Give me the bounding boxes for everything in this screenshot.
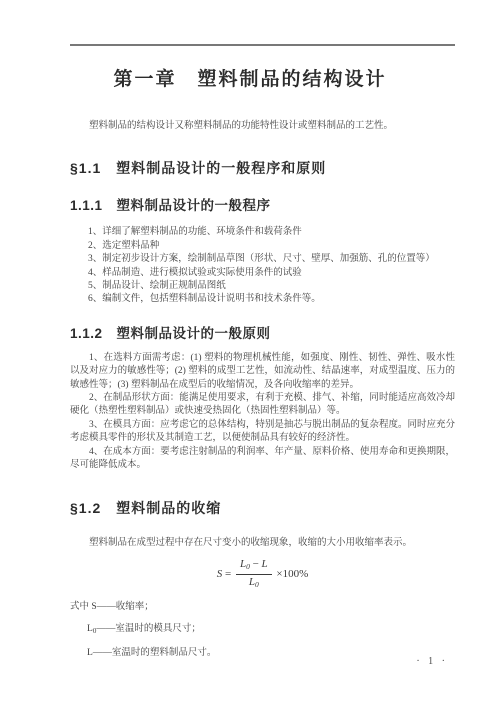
header-rule	[70, 44, 455, 46]
numerator-L: L	[262, 558, 268, 570]
paragraph: 3、在模具方面：应考虑它的总体结构，特别是抽芯与脱出制品的复杂程度。同时应充分考…	[70, 419, 455, 446]
legend-lead: 式中	[70, 602, 91, 612]
legend-desc-s: 收缩率；	[116, 602, 154, 612]
list-item: 4、样品制造、进行模拟试验或实际使用条件的试验	[70, 267, 455, 280]
paragraph: 1、在选料方面需考虑：(1) 塑料的物理机械性能，如强度、刚性、韧性、弹性、吸水…	[70, 352, 455, 392]
numerator-sub0: 0	[246, 562, 250, 571]
paragraph: 2、在制品形状方面：能满足使用要求，有利于充模、排气、补缩，同时能适应高效冷却硬…	[70, 392, 455, 419]
list-item: 2、选定塑料品种	[70, 240, 455, 253]
section-1-1-2-heading: 1.1.2 塑料制品设计的一般原则	[70, 325, 455, 342]
legend-line-l0: L0——室温时的模具尺寸；	[70, 623, 455, 638]
formula-lhs: S	[217, 568, 223, 580]
formula-legend: 式中 S——收缩率； L0——室温时的模具尺寸； L——室温时的塑料制品尺寸。	[70, 601, 455, 660]
section-1-2-heading: §1.2 塑料制品的收缩	[70, 499, 455, 517]
legend-desc-l0: 室温时的模具尺寸；	[115, 624, 201, 634]
denominator-sub0: 0	[255, 580, 259, 589]
principles-paragraphs: 1、在选料方面需考虑：(1) 塑料的物理机械性能，如强度、刚性、韧性、弹性、吸水…	[70, 352, 455, 473]
formula-numerator: L0 − L	[236, 558, 272, 575]
paragraph: 4、在成本方面：要考虑注射制品的利润率、年产量、原料价格、使用寿命和更换期限，尽…	[70, 446, 455, 473]
chapter-title: 第一章 塑料制品的结构设计	[0, 68, 500, 92]
shrinkage-formula: S = L0 − L L0 ×100%	[217, 558, 309, 591]
legend-line-s: 式中 S——收缩率；	[70, 601, 455, 614]
formula-multiplier: ×100%	[276, 568, 308, 580]
legend-dash: ——	[96, 624, 115, 634]
document-page: 第一章 塑料制品的结构设计 塑料制品的结构设计又称塑料制品的功能特性设计或塑料制…	[0, 0, 500, 707]
legend-dash: ——	[97, 602, 116, 612]
list-item: 6、编制文件，包括塑料制品设计说明书和技术条件等。	[70, 293, 455, 306]
legend-desc-l: 室温时的塑料制品尺寸。	[112, 648, 217, 658]
formula-denominator: L0	[236, 575, 272, 591]
minus-sign: −	[253, 558, 259, 570]
shrinkage-intro-paragraph: 塑料制品在成型过程中存在尺寸变小的收缩现象，收缩的大小用收缩率表示。	[70, 537, 455, 550]
list-item: 3、制定初步设计方案，绘制制品草图（形状、尺寸、壁厚、加强筋、孔的位置等）	[70, 253, 455, 266]
legend-dash: ——	[93, 648, 112, 658]
chapter-intro-paragraph: 塑料制品的结构设计又称塑料制品的功能特性设计或塑料制品的工艺性。	[70, 120, 455, 133]
page-number: · 1 ·	[416, 656, 448, 667]
section-1-1-1-heading: 1.1.1 塑料制品设计的一般程序	[70, 197, 455, 214]
legend-line-l: L——室温时的塑料制品尺寸。	[70, 647, 455, 660]
formula-fraction: L0 − L L0	[236, 558, 272, 591]
section-1-1-heading: §1.1 塑料制品设计的一般程序和原则	[70, 159, 455, 177]
shrinkage-formula-row: S = L0 − L L0 ×100%	[70, 558, 455, 591]
formula-equals: =	[225, 568, 231, 580]
procedure-list: 1、详细了解塑料制品的功能、环境条件和载荷条件 2、选定塑料品种 3、制定初步设…	[70, 226, 455, 306]
list-item: 5、制品设计、绘制正规制品图纸	[70, 280, 455, 293]
list-item: 1、详细了解塑料制品的功能、环境条件和载荷条件	[70, 226, 455, 239]
